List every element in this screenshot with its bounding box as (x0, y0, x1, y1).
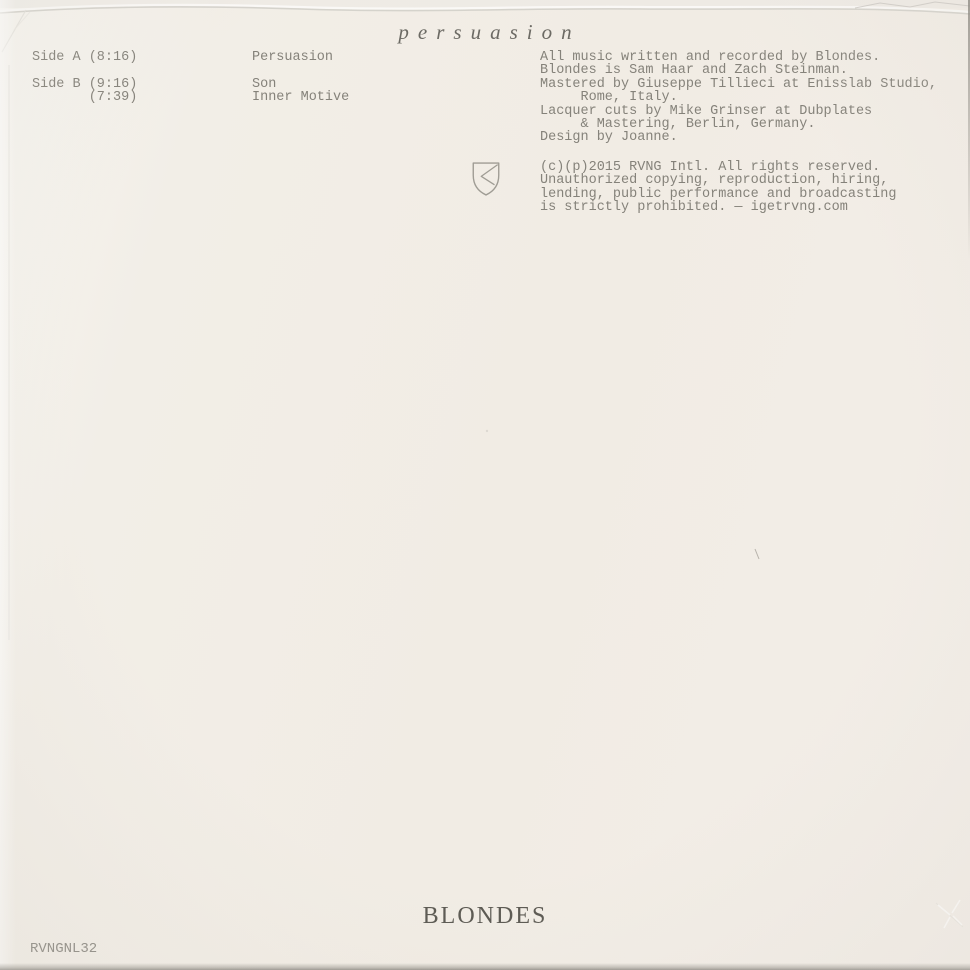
catalog-number: RVNGNL32 (30, 941, 97, 957)
tracklist-sides-column: Side A (8:16) Side B (9:16) (7:39) (32, 51, 137, 105)
cover-edge-left-highlight (0, 0, 16, 970)
cover-edge-bottom-shadow (0, 963, 970, 970)
legal-text: (c)(p)2015 RVNG Intl. All rights reserve… (540, 161, 896, 215)
rvng-shield-icon (472, 162, 500, 196)
album-title: persuasion (0, 20, 970, 45)
credits-text: All music written and recorded by Blonde… (540, 51, 937, 145)
shrinkwrap-texture (0, 0, 970, 970)
tracklist-titles-column: Persuasion Son Inner Motive (252, 51, 349, 105)
artist-name: BLONDES (0, 903, 970, 930)
photo-vignette (0, 0, 970, 970)
record-back-cover: persuasion Side A (8:16) Side B (9:16) (… (0, 0, 970, 970)
